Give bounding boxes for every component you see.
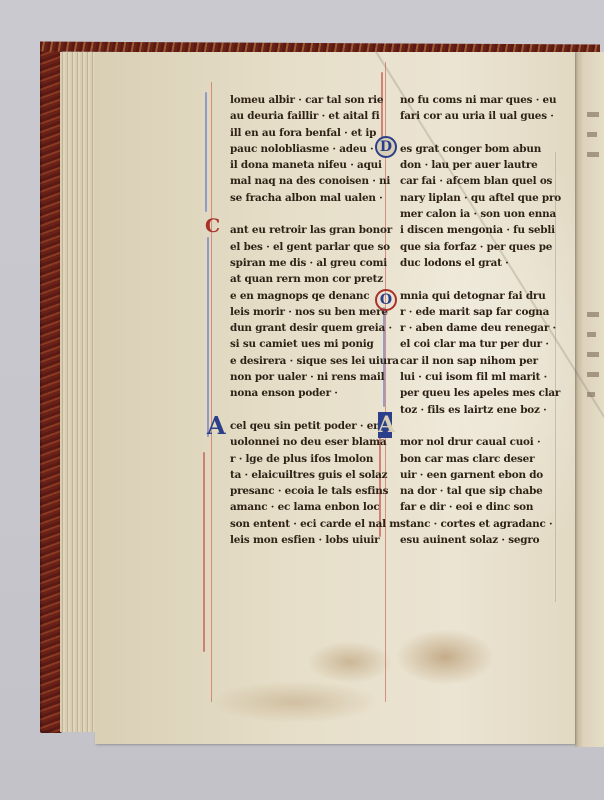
left-column: lomeu albir · car tal son rie au deuria … [230,92,400,548]
text-line: au deuria faillir · et aital fi [230,108,400,124]
text-line: stanc · cortes et agradanc · [400,516,561,532]
text-line: uir · een garnent ebon do [400,467,561,483]
text-line: cel qeu sin petit poder · en [230,418,400,434]
decorated-initial-a: A [207,416,226,436]
text-line: bon car mas clarc deser [400,451,561,467]
decorated-initial-d: D [375,136,397,158]
text-line: si su camiet ues mi ponig [230,336,400,352]
text-line: na dor · tal que sip chabe [400,483,561,499]
text-line: nary liplan · qu aftel que pro [400,190,561,206]
text-line: lui · cui isom fil ml marit · [400,369,561,385]
facing-page-edge [575,52,604,747]
text-line: far e dir · eoi e dinc son [400,499,561,515]
text-line: mal naq na des conoisen · ni [230,173,400,189]
book-binding-spine [40,43,62,733]
text-line: uolonnei no deu eser blama [230,434,400,450]
text-line: fari cor au uria il ual gues · [400,108,561,124]
text-line: mer calon ia · son uon enna [400,206,561,222]
right-column: no fu coms ni mar ques · eu fari cor au … [400,92,561,548]
text-line: esu auinent solaz · segro [400,532,561,548]
decorated-initial-c: C [205,216,220,236]
text-line: ant eu retroir las gran bonor [230,222,400,238]
text-line: leis morir · nos su ben mere [230,304,400,320]
text-line: son entent · eci carde el nal m [230,516,400,532]
ruling-left [211,82,212,702]
text-line: el bes · el gent parlar que so [230,239,400,255]
text-line: mor nol drur caual cuoi · [400,434,561,450]
text-line: presanc · ecoia le tals esfins [230,483,400,499]
text-line: duc lodons el grat · [400,255,561,271]
text-line: es grat conger bom abun [400,141,561,157]
text-line: que sia forfaz · per ques pe [400,239,561,255]
page-edges [60,52,96,732]
text-line: don · lau per auer lautre [400,157,561,173]
text-line: non por ualer · ni rens mail [230,369,400,385]
manuscript-page: lomeu albir · car tal son rie au deuria … [95,52,575,744]
pen-flourish-red [203,452,205,652]
text-line: e desirera · sique ses lei uiura [230,353,400,369]
text-line: spiran me dis · al greu comi [230,255,400,271]
text-line: leis mon esfien · lobs uiuir [230,532,400,548]
text-line: r · aben dame deu renegar · [400,320,561,336]
text-line: car il non sap nihom per [400,353,561,369]
text-line: r · lge de plus ifos lmolon [230,451,400,467]
text-line: per queu les apeles mes clar [400,385,561,401]
text-line: toz · fils es lairtz ene boz · [400,402,561,418]
text-line: lomeu albir · car tal son rie [230,92,400,108]
text-line: at quan rern mon cor pretz [230,271,400,287]
text-line: amanc · ec lama enbon loc [230,499,400,515]
text-line: il dona maneta nifeu · aqui [230,157,400,173]
text-line: se fracha albon mal ualen · [230,190,400,206]
text-line: no fu coms ni mar ques · eu [400,92,561,108]
text-line: r · ede marit sap far cogna [400,304,561,320]
text-line: mnia qui detognar fai dru [400,288,561,304]
pen-flourish-blue [205,92,207,212]
text-line: i discen mengonia · fu sebli [400,222,561,238]
text-line: el coi clar ma tur per dur · [400,336,561,352]
text-line: car fai · afcem blan quel os [400,173,561,189]
pen-flourish-blue [207,237,209,437]
text-line: nona enson poder · [230,385,400,401]
decorated-initial-o: O [375,289,397,311]
decorated-initial-a: A [378,412,392,438]
text-line: dun grant desir quem greia · [230,320,400,336]
text-line: ta · elaicuiltres guis el solaz [230,467,400,483]
text-line: ill en au fora benfal · et ip [230,125,400,141]
